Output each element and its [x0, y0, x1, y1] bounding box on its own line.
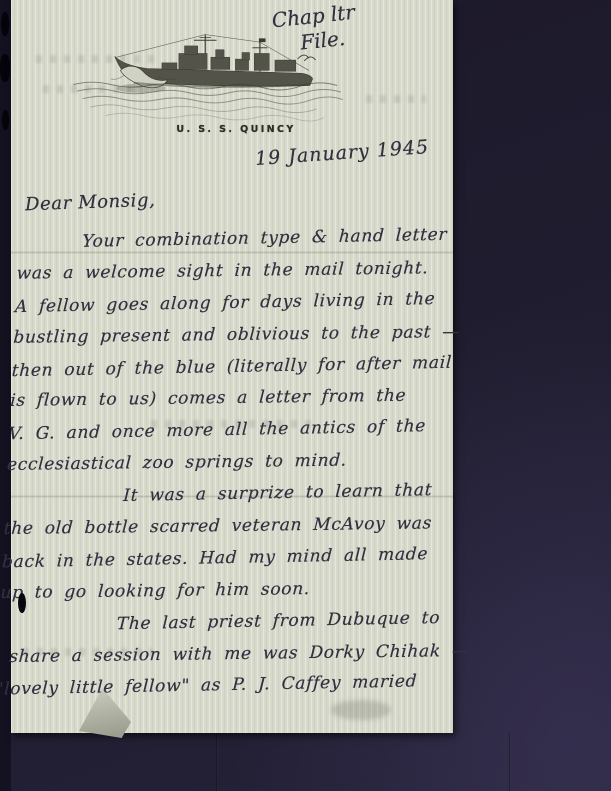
show-through-ghosting: [366, 95, 426, 103]
edge-blot: [1, 12, 9, 36]
letterhead-caption: U. S. S. QUINCY: [141, 124, 331, 135]
handwritten-line: is flown to us) comes a letter from the: [9, 381, 445, 419]
handwritten-line: up to go looking for him soon.: [0, 572, 435, 610]
salutation: Dear Monsig,: [25, 190, 156, 216]
handwritten-line: It was a surprize to learn that: [122, 475, 440, 513]
scanned-letter-page: Chap ltr File.: [11, 0, 453, 733]
date-line: 19 January 1945: [254, 136, 429, 170]
ship-engraving-icon: [63, 28, 355, 126]
edge-blot: [0, 54, 10, 82]
handwritten-line: was a welcome sight in the mail tonight.: [16, 253, 452, 291]
letter-body: Your combination type & hand letter was …: [0, 220, 453, 707]
ship-engraving: [63, 28, 355, 126]
backing-seam: [509, 733, 511, 791]
handwritten-line: ecclesiastical zoo springs to mind.: [6, 444, 442, 482]
handwritten-line: share a session with me was Dorky Chihak…: [8, 636, 432, 673]
handwritten-line: The last priest from Dubuque to: [116, 603, 434, 641]
backing-seam: [216, 733, 218, 791]
paper-stain: [331, 700, 391, 720]
edge-blot: [2, 110, 9, 130]
handwritten-line: bustling present and oblivious to the pa…: [13, 317, 449, 355]
handwritten-line: the old bottle scarred veteran McAvoy wa…: [3, 508, 439, 546]
ink-blot: [18, 593, 26, 613]
